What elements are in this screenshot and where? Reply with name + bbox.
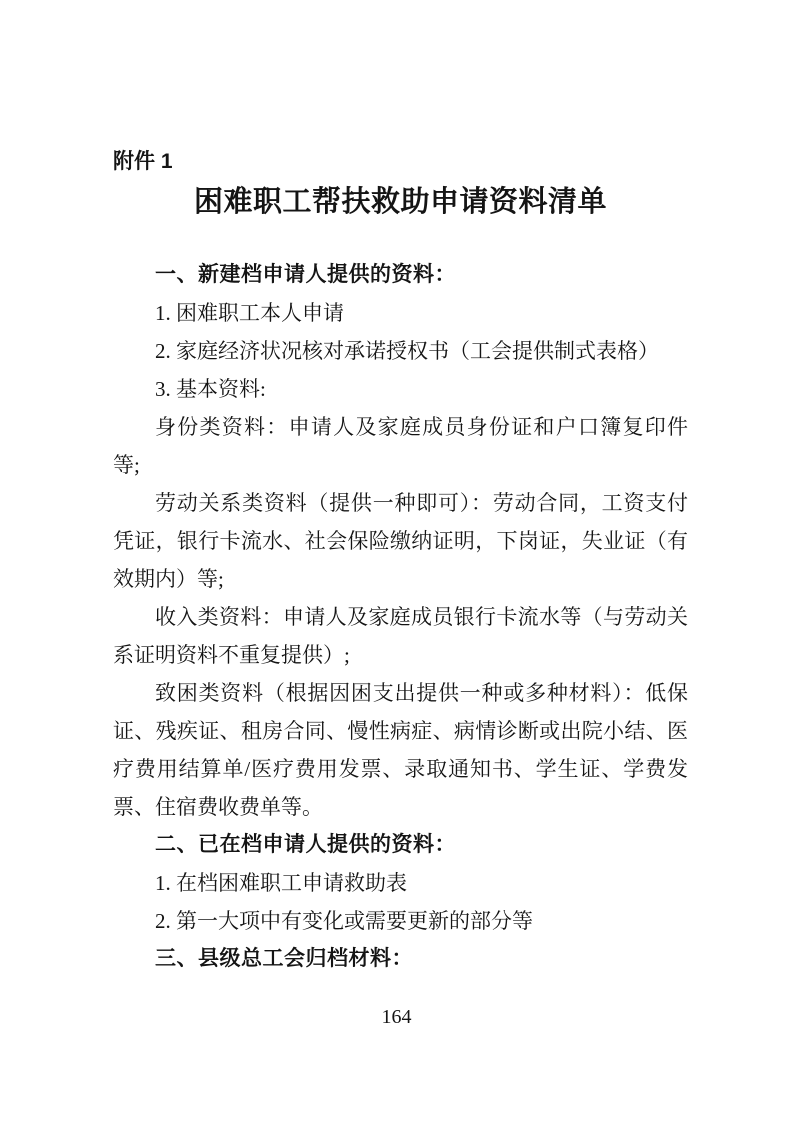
- doc-line: 3. 基本资料:: [113, 370, 688, 408]
- attachment-label: 附件 1: [113, 148, 688, 176]
- doc-line: 身份类资料：申请人及家庭成员身份证和户口簿复印件: [113, 408, 688, 446]
- document-page: 附件 1 困难职工帮扶救助申请资料清单 一、新建档申请人提供的资料：1. 困难职…: [0, 0, 793, 1122]
- document-body: 一、新建档申请人提供的资料：1. 困难职工本人申请2. 家庭经济状况核对承诺授权…: [113, 256, 688, 978]
- doc-line: 效期内）等;: [113, 560, 688, 598]
- doc-line: 系证明资料不重复提供）;: [113, 636, 688, 674]
- doc-line: 2. 第一大项中有变化或需要更新的部分等: [113, 902, 688, 940]
- doc-section-heading: 一、新建档申请人提供的资料：: [113, 256, 688, 294]
- doc-line: 1. 在档困难职工申请救助表: [113, 864, 688, 902]
- doc-line: 证、残疾证、租房合同、慢性病症、病情诊断或出院小结、医: [113, 712, 688, 750]
- doc-line: 1. 困难职工本人申请: [113, 294, 688, 332]
- doc-line: 劳动关系类资料（提供一种即可）：劳动合同，工资支付: [113, 484, 688, 522]
- doc-line: 等;: [113, 446, 688, 484]
- doc-section-heading: 三、县级总工会归档材料：: [113, 940, 688, 978]
- doc-line: 凭证，银行卡流水、社会保险缴纳证明，下岗证，失业证（有: [113, 522, 688, 560]
- doc-section-heading: 二、已在档申请人提供的资料：: [113, 826, 688, 864]
- document-title: 困难职工帮扶救助申请资料清单: [113, 182, 688, 222]
- doc-line: 2. 家庭经济状况核对承诺授权书（工会提供制式表格）: [113, 332, 688, 370]
- doc-line: 收入类资料：申请人及家庭成员银行卡流水等（与劳动关: [113, 598, 688, 636]
- doc-line: 致困类资料（根据因困支出提供一种或多种材料）：低保: [113, 674, 688, 712]
- page-number: 164: [0, 1004, 793, 1030]
- doc-line: 票、住宿费收费单等。: [113, 788, 688, 826]
- doc-line: 疗费用结算单/医疗费用发票、录取通知书、学生证、学费发: [113, 750, 688, 788]
